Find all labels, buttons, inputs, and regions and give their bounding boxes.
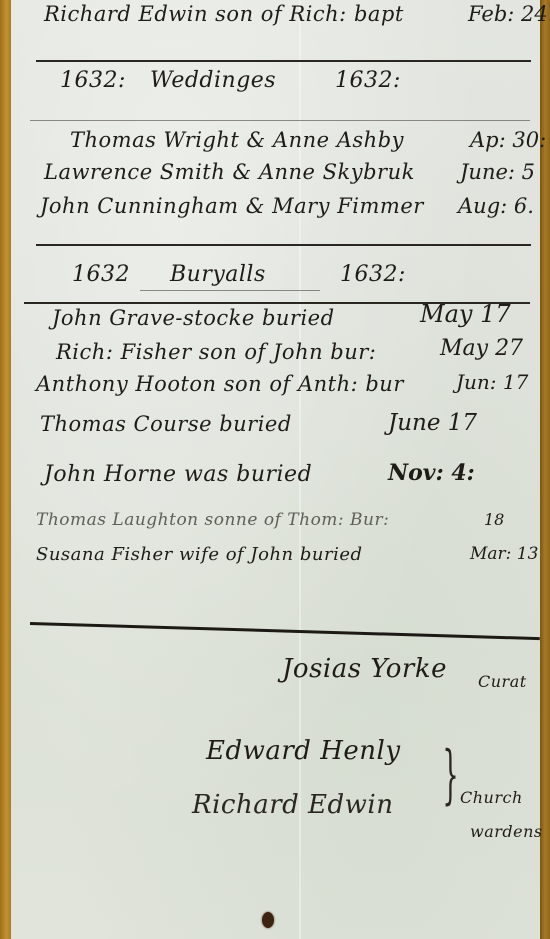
warden-title-line1: Church [460,788,523,807]
burial-date: 18 [484,510,504,529]
curate-title: Curat [478,672,527,691]
burial-date: Nov: 4: [388,460,475,486]
wedding-entry: John Cunningham & Mary Fimmer [40,194,424,218]
burial-entry: Thomas Course buried [40,412,292,436]
baptism-entry: Richard Edwin son of Rich: bapt [44,2,404,26]
burial-entry: John Grave-stocke buried [52,306,335,330]
entry-text: Richard Edwin son of Rich: [44,2,347,26]
weddings-heading: Weddinges [150,68,276,93]
burial-entry: John Horne was buried [44,462,312,487]
curate-signature: Josias Yorke [282,654,447,684]
wedding-date: Ap: 30: [470,128,546,152]
warden-signature-2: Richard Edwin [192,790,393,820]
burial-date: June 17 [388,410,477,436]
burials-year-left: 1632 [72,262,130,287]
baptism-date: Feb: 24 [468,2,548,26]
divider [36,244,531,246]
brace-mark: } [442,738,458,812]
wedding-date: June: 5 [460,160,535,184]
wedding-entry: Lawrence Smith & Anne Skybruk [44,160,415,184]
left-frame-edge [0,0,11,939]
weddings-year-right: 1632: [335,68,401,93]
burial-entry: Anthony Hooton son of Anth: bur [36,372,404,396]
paper-hole-damage [262,912,274,928]
entry-event: bapt [354,2,404,26]
burial-date: Jun: 17 [456,370,528,394]
wedding-entry: Thomas Wright & Anne Ashby [70,128,404,152]
burial-date: May 27 [440,336,523,361]
burial-entry: Susana Fisher wife of John buried [36,544,363,565]
burial-date: May 17 [420,300,511,328]
divider [30,120,530,121]
burials-heading: Buryalls [170,262,266,287]
warden-title-line2: wardens [470,822,543,841]
weddings-year-left: 1632: [60,68,126,93]
wedding-date: Aug: 6. [458,194,534,218]
burial-entry-faded: Thomas Laughton sonne of Thom: Bur: [36,510,389,530]
warden-signature-1: Edward Henly [206,736,401,766]
burial-entry: Rich: Fisher son of John bur: [56,340,376,364]
burial-date: Mar: 13 [470,544,538,564]
burials-year-right: 1632: [340,262,406,287]
divider [36,60,531,62]
heading-underline [140,290,320,291]
